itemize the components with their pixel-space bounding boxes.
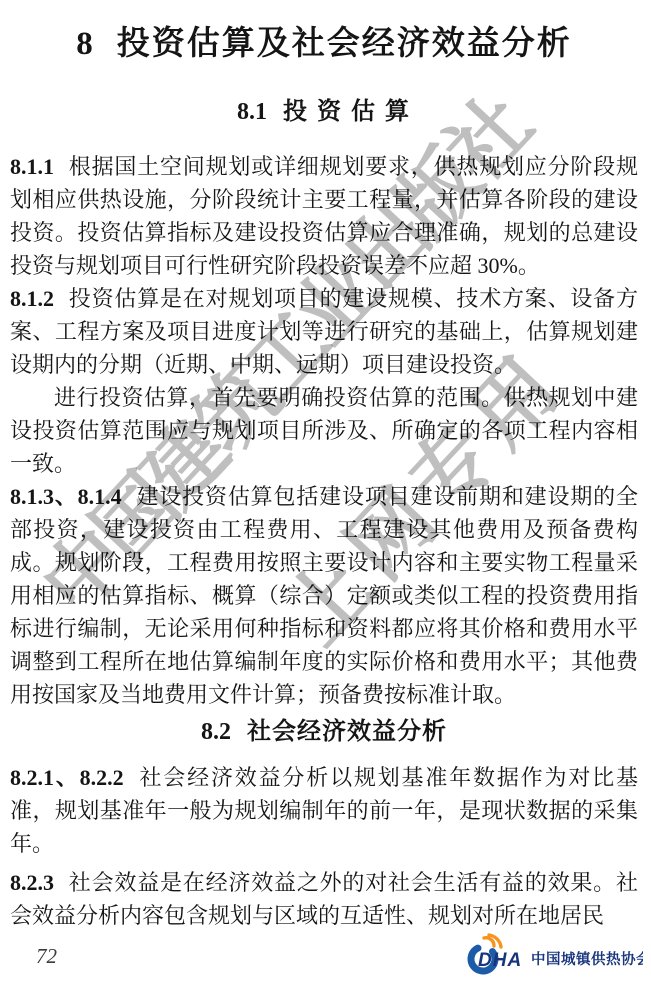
clause-text: 投资估算是在对规划项目的建设规模、技术方案、设备方案、工程方案及项目进度计划等进… <box>10 286 638 377</box>
paragraph-continuation: 进行投资估算，首先要明确投资估算的范围。供热规划中建设投资估算范围应与规划项目所… <box>10 381 638 480</box>
chapter-title: 8投资估算及社会经济效益分析 <box>10 24 638 65</box>
chapter-number: 8 <box>76 26 93 62</box>
page-number: 72 <box>36 944 57 969</box>
clause-label: 8.2.3 <box>10 870 54 895</box>
clause-label: 8.1.2 <box>10 286 54 311</box>
dha-association-logo: DHA 中国城镇供热协会 <box>463 933 643 975</box>
paragraph-8-1-1: 8.1.1根据国土空间规划或详细规划要求，供热规划应分阶段规划相应供热设施，分阶… <box>10 150 638 282</box>
clause-text: 根据国土空间规划或详细规划要求，供热规划应分阶段规划相应供热设施，分阶段统计主要… <box>10 154 638 278</box>
page-content: 8投资估算及社会经济效益分析 8.1投 资 估 算 8.1.1根据国土空间规划或… <box>10 0 638 932</box>
clause-text: 社会效益是在经济效益之外的对社会生活有益的效果。社会效益分析内容包含规划与区域的… <box>10 870 638 928</box>
logo-abbr: DHA <box>478 950 522 971</box>
section-heading-8-1: 8.1投 资 估 算 <box>10 98 638 127</box>
clause-label: 8.1.3、8.1.4 <box>10 484 122 509</box>
clause-label: 8.1.1 <box>10 154 54 179</box>
section-heading-8-2: 8.2社会经济效益分析 <box>10 718 638 747</box>
clause-text: 建设投资估算包括建设项目建设前期和建设期的全部投资，建设投资由工程费用、工程建设… <box>10 484 638 707</box>
section-number-8-2: 8.2 <box>201 719 231 745</box>
clause-label: 8.2.1、8.2.2 <box>10 765 124 790</box>
paragraph-8-1-3-4: 8.1.3、8.1.4建设投资估算包括建设项目建设前期和建设期的全部投资，建设投… <box>10 480 638 711</box>
paragraph-8-2-3: 8.2.3社会效益是在经济效益之外的对社会生活有益的效果。社会效益分析内容包含规… <box>10 866 638 932</box>
section-title-8-1: 投 资 估 算 <box>283 99 411 125</box>
section-title-8-2: 社会经济效益分析 <box>247 719 447 745</box>
logo-signal-arcs-icon <box>484 935 501 947</box>
paragraph-8-2-1-2: 8.2.1、8.2.2社会经济效益分析以规划基准年数据作为对比基准，规划基准年一… <box>10 761 638 860</box>
clause-text: 进行投资估算，首先要明确投资估算的范围。供热规划中建设投资估算范围应与规划项目所… <box>10 385 638 476</box>
section-number-8-1: 8.1 <box>237 99 267 125</box>
logo-org-name: 中国城镇供热协会 <box>531 950 643 968</box>
paragraph-8-1-2: 8.1.2投资估算是在对规划项目的建设规模、技术方案、设备方案、工程方案及项目进… <box>10 282 638 381</box>
document-page: 8投资估算及社会经济效益分析 8.1投 资 估 算 8.1.1根据国土空间规划或… <box>0 0 651 981</box>
body-text: 8.1.1根据国土空间规划或详细规划要求，供热规划应分阶段规划相应供热设施，分阶… <box>10 150 638 932</box>
chapter-title-text: 投资估算及社会经济效益分析 <box>117 26 572 62</box>
